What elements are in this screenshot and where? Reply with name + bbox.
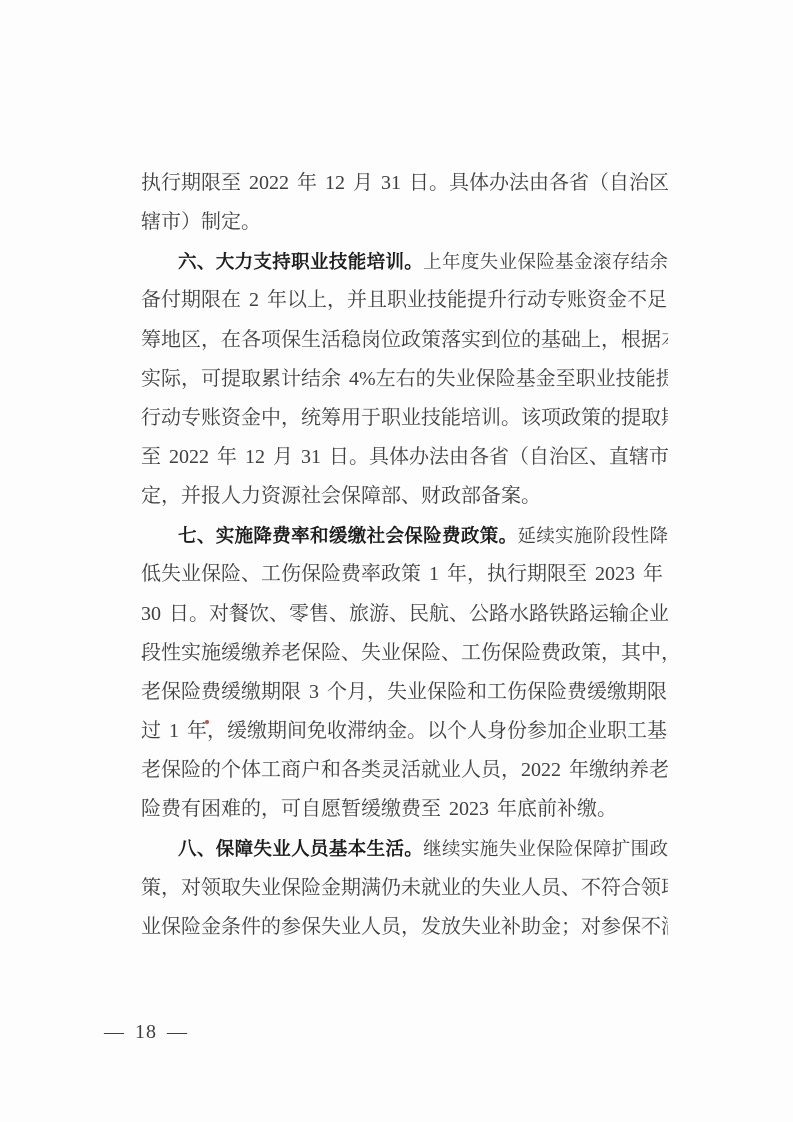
- text-run: 至 2022 年 12 月 31 日。具体办法由各省（自治区、直辖市）制: [141, 446, 668, 468]
- text-run: 30 日。对餐饮、零售、旅游、民航、公路水路铁路运输企业阶: [141, 603, 668, 625]
- text-run: 策，对领取失业保险金期满仍未就业的失业人员、不符合领取失: [141, 877, 668, 899]
- text-line: 七、实施降费率和缓缴社会保险费政策。延续实施阶段性降: [141, 516, 668, 555]
- text-run: 继续实施失业保险保障扩围政: [423, 840, 668, 860]
- text-line: 八、保障失业人员基本生活。继续实施失业保险保障扩围政: [141, 829, 668, 868]
- text-run: 低失业保险、工伤保险费率政策 1 年，执行期限至 2023 年 4 月: [141, 563, 668, 585]
- text-line: 六、大力支持职业技能培训。上年度失业保险基金滚存结余: [141, 242, 668, 281]
- text-line: 行动专账资金中，统筹用于职业技能培训。该项政策的提取期限: [141, 399, 668, 438]
- text-run: 老保险的个体工商户和各类灵活就业人员，2022 年缴纳养老保: [141, 759, 668, 781]
- text-line: 筹地区，在各项保生活稳岗位政策落实到位的基础上，根据本地: [141, 321, 668, 360]
- text-line: 低失业保险、工伤保险费率政策 1 年，执行期限至 2023 年 4 月: [141, 555, 668, 594]
- section-heading: 八、保障失业人员基本生活。: [178, 838, 423, 859]
- text-line: 老保险费缓缴期限 3 个月，失业保险和工伤保险费缓缴期限不超: [141, 673, 668, 712]
- text-run: 定，并报人力资源社会保障部、财政部备案。: [141, 485, 541, 507]
- text-run: 执行期限至 2022 年 12 月 31 日。具体办法由各省（自治区、直: [141, 172, 668, 194]
- page-footer: — 18 —: [104, 1019, 188, 1045]
- text-line: 定，并报人力资源社会保障部、财政部备案。: [141, 477, 668, 516]
- text-line: 辖市）制定。: [141, 203, 668, 242]
- text-line: 策，对领取失业保险金期满仍未就业的失业人员、不符合领取失: [141, 869, 668, 908]
- text-run: 实际，可提取累计结余 4%左右的失业保险基金至职业技能提升: [141, 368, 668, 390]
- text-line: 实际，可提取累计结余 4%左右的失业保险基金至职业技能提升: [141, 360, 668, 399]
- text-block: 执行期限至 2022 年 12 月 31 日。具体办法由各省（自治区、直辖市）制…: [141, 164, 668, 947]
- text-line: 过 1 年，缓缴期间免收滞纳金。以个人身份参加企业职工基本养: [141, 712, 668, 751]
- text-run: 备付期限在 2 年以上，并且职业技能提升行动专账资金不足的统: [141, 289, 668, 311]
- text-run: 筹地区，在各项保生活稳岗位政策落实到位的基础上，根据本地: [141, 329, 668, 351]
- text-line: 业保险金条件的参保失业人员，发放失业补助金；对参保不满 1: [141, 908, 668, 947]
- text-run: 段性实施缓缴养老保险、失业保险、工伤保险费政策，其中，养: [141, 642, 668, 664]
- text-run: 业保险金条件的参保失业人员，发放失业补助金；对参保不满 1: [141, 916, 668, 938]
- section-heading: 七、实施降费率和缓缴社会保险费政策。: [178, 525, 517, 546]
- text-line: 老保险的个体工商户和各类灵活就业人员，2022 年缴纳养老保: [141, 751, 668, 790]
- section-heading: 六、大力支持职业技能培训。: [178, 251, 423, 272]
- text-line: 段性实施缓缴养老保险、失业保险、工伤保险费政策，其中，养: [141, 634, 668, 673]
- text-run: 行动专账资金中，统筹用于职业技能培训。该项政策的提取期限: [141, 407, 668, 429]
- text-run: 险费有困难的，可自愿暂缓缴费至 2023 年底前补缴。: [141, 798, 617, 820]
- text-run: 老保险费缓缴期限 3 个月，失业保险和工伤保险费缓缴期限不超: [141, 681, 668, 703]
- text-run: 上年度失业保险基金滚存结余: [423, 253, 668, 273]
- text-line: 30 日。对餐饮、零售、旅游、民航、公路水路铁路运输企业阶: [141, 595, 668, 634]
- scan-artifact-dot: [205, 720, 209, 724]
- text-run: 辖市）制定。: [141, 211, 261, 233]
- text-run: 过 1 年，缓缴期间免收滞纳金。以个人身份参加企业职工基本养: [141, 720, 668, 742]
- text-line: 执行期限至 2022 年 12 月 31 日。具体办法由各省（自治区、直: [141, 164, 668, 203]
- document-page: 执行期限至 2022 年 12 月 31 日。具体办法由各省（自治区、直辖市）制…: [0, 0, 793, 1122]
- text-run: 延续实施阶段性降: [517, 527, 668, 547]
- text-line: 险费有困难的，可自愿暂缓缴费至 2023 年底前补缴。: [141, 790, 668, 829]
- text-line: 备付期限在 2 年以上，并且职业技能提升行动专账资金不足的统: [141, 281, 668, 320]
- text-line: 至 2022 年 12 月 31 日。具体办法由各省（自治区、直辖市）制: [141, 438, 668, 477]
